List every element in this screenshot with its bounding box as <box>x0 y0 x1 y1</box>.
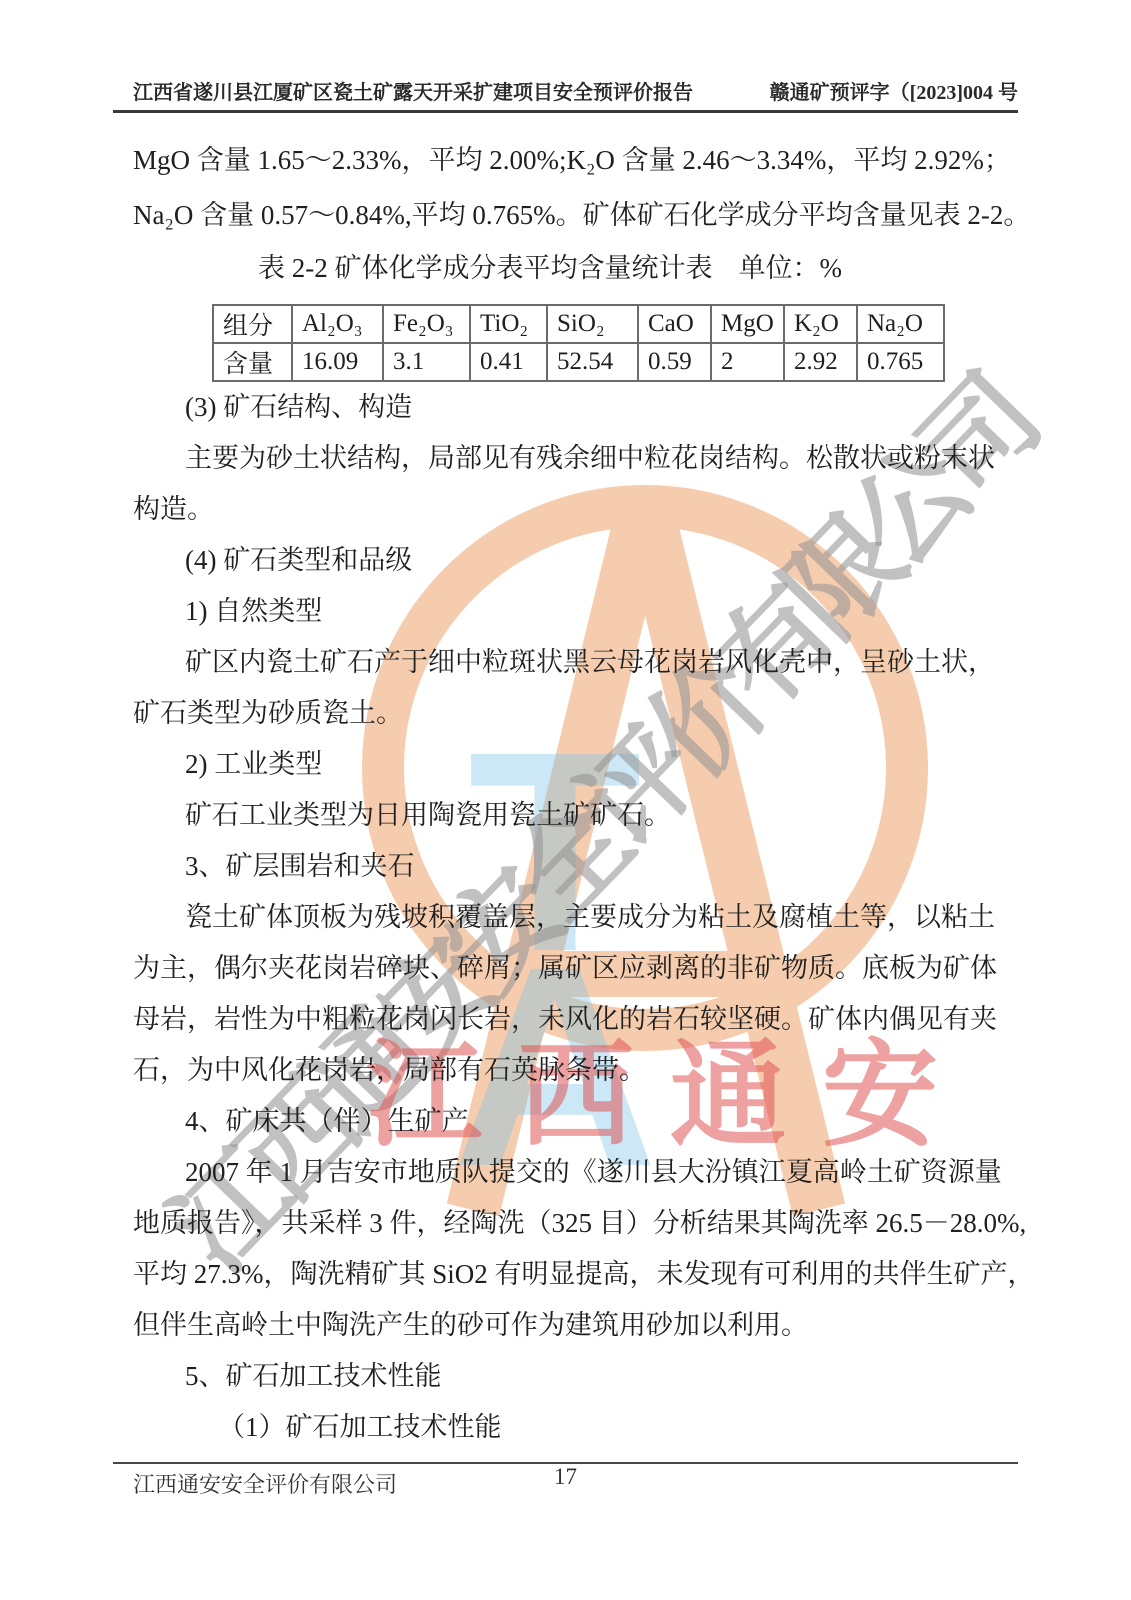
page-number: 17 <box>0 1464 1131 1490</box>
table-header-cell: SiO₂ <box>547 305 638 343</box>
body-line: 主要为砂土状结构，局部见有残余细中粒花岗结构。松散状或粉末状 <box>133 433 1000 484</box>
table-header-cell: CaO <box>638 305 711 343</box>
table-header-cell: Fe₂O₃ <box>383 305 470 343</box>
body-text: MgO 含量 1.65～2.33%，平均 2.00%;K₂O 含量 2.46～3… <box>133 133 1000 1453</box>
body-line: 2007 年 1 月吉安市地质队提交的《遂川县大汾镇江夏高岭土矿资源量 <box>133 1147 1000 1198</box>
table-header-cell: K₂O <box>784 305 857 343</box>
table-unit-label: 单位：% <box>739 243 843 294</box>
body-heading: (3) 矿石结构、构造 <box>133 382 1000 433</box>
body-heading: 5、矿石加工技术性能 <box>133 1351 1000 1402</box>
table-cell: 0.765 <box>857 343 944 381</box>
table-caption: 表 2-2 矿体化学成分表平均含量统计表 单位：% <box>133 243 1000 294</box>
table-cell: 2.92 <box>784 343 857 381</box>
table-corner-header: 组分 <box>213 305 292 343</box>
body-line: 瓷土矿体顶板为残坡积覆盖层，主要成分为粘土及腐植土等，以粘土 <box>133 892 1000 943</box>
body-line: 矿石类型为砂质瓷土。 <box>133 688 1000 739</box>
body-line: 构造。 <box>133 484 1000 535</box>
table-caption-text: 表 2-2 矿体化学成分表平均含量统计表 <box>258 243 713 294</box>
body-line: 矿区内瓷土矿石产于细中粒斑状黑云母花岗岩风化壳中，呈砂土状， <box>133 637 1000 688</box>
body-heading: 4、矿床共（伴）生矿产 <box>133 1096 1000 1147</box>
body-line: 矿石工业类型为日用陶瓷用瓷土矿矿石。 <box>133 790 1000 841</box>
body-heading: 1) 自然类型 <box>133 586 1000 637</box>
body-line: 地质报告》，共采样 3 件，经陶洗（325 目）分析结果其陶洗率 26.5－28… <box>133 1198 1000 1249</box>
table-cell: 2 <box>711 343 784 381</box>
body-heading: （1）矿石加工技术性能 <box>133 1402 1000 1453</box>
table-row-label: 含量 <box>213 343 292 381</box>
body-line: 平均 27.3%，陶洗精矿其 SiO2 有明显提高，未发现有可利用的共伴生矿产， <box>133 1249 1000 1300</box>
table-cell: 0.41 <box>470 343 547 381</box>
chemical-composition-table: 组分 Al₂O₃ Fe₂O₃ TiO₂ SiO₂ CaO MgO K₂O Na₂… <box>212 304 945 382</box>
body-line: 为主，偶尔夹花岗岩碎块、碎屑；属矿区应剥离的非矿物质。底板为矿体 <box>133 943 1000 994</box>
table-cell: 3.1 <box>383 343 470 381</box>
body-heading: 3、矿层围岩和夹石 <box>133 841 1000 892</box>
table-header-cell: Al₂O₃ <box>292 305 383 343</box>
body-line: MgO 含量 1.65～2.33%，平均 2.00%;K₂O 含量 2.46～3… <box>133 133 1000 188</box>
table-header-row: 组分 Al₂O₃ Fe₂O₃ TiO₂ SiO₂ CaO MgO K₂O Na₂… <box>213 305 944 343</box>
body-line: Na₂O 含量 0.57～0.84%,平均 0.765%。矿体矿石化学成分平均含… <box>133 188 1000 243</box>
header-doc-number: 赣通矿预评字（[2023]004 号 <box>770 76 1018 105</box>
body-line: 但伴生高岭土中陶洗产生的砂可作为建筑用砂加以利用。 <box>133 1300 1000 1351</box>
page-header: 江西省遂川县江厦矿区瓷土矿露天开采扩建项目安全预评价报告 赣通矿预评字（[202… <box>113 0 1018 113</box>
header-report-title: 江西省遂川县江厦矿区瓷土矿露天开采扩建项目安全预评价报告 <box>113 76 693 105</box>
table-header-cell: TiO₂ <box>470 305 547 343</box>
document-content: 江西省遂川县江厦矿区瓷土矿露天开采扩建项目安全预评价报告 赣通矿预评字（[202… <box>0 0 1131 1453</box>
table-row: 含量 16.09 3.1 0.41 52.54 0.59 2 2.92 0.76… <box>213 343 944 381</box>
body-heading: 2) 工业类型 <box>133 739 1000 790</box>
body-line: 石，为中风化花岗岩，局部有石英脉条带。 <box>133 1045 1000 1096</box>
table-header-cell: Na₂O <box>857 305 944 343</box>
table-cell: 0.59 <box>638 343 711 381</box>
table-header-cell: MgO <box>711 305 784 343</box>
table-cell: 16.09 <box>292 343 383 381</box>
table-cell: 52.54 <box>547 343 638 381</box>
document-page: T A 江西通安安全评价有限公司 江西通安 江西省遂川县江厦矿区瓷土矿露天开采扩… <box>0 0 1131 1600</box>
body-heading: (4) 矿石类型和品级 <box>133 535 1000 586</box>
body-line: 母岩，岩性为中粗粒花岗闪长岩，未风化的岩石较坚硬。矿体内偶见有夹 <box>133 994 1000 1045</box>
